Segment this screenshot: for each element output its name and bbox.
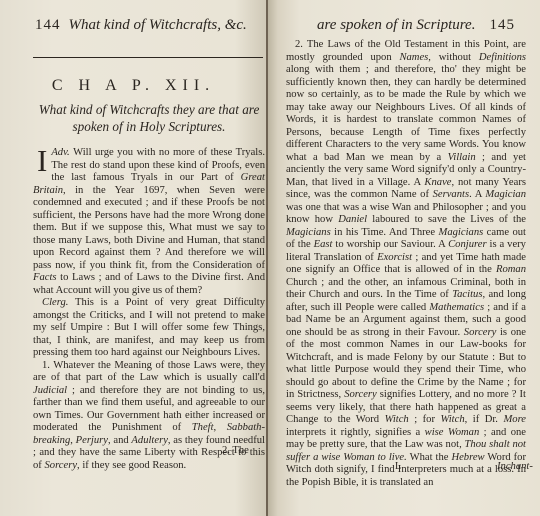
chapter-heading: C H A P. XII. — [0, 77, 267, 95]
left-page-body: Adv. IWill urge you with no more of thes… — [33, 147, 265, 472]
italic-text: Exorcist — [377, 252, 412, 263]
body-text: ; for — [409, 414, 441, 425]
italic-text: Sorcery — [44, 460, 77, 471]
body-text: interprets it rightly, signifies a — [286, 427, 425, 438]
right-page: are spoken of in Scripture.145 2. The La… — [267, 0, 540, 516]
italic-text: Knave — [424, 177, 451, 188]
italic-text: Adultery — [131, 435, 167, 446]
signature-mark: L — [395, 461, 401, 472]
body-text: to worship our Saviour. A — [332, 239, 448, 250]
page-number: 144 — [35, 17, 61, 33]
body-text: , and — [108, 435, 131, 446]
paragraph: 2. The Laws of the Old Testament in this… — [286, 39, 526, 489]
drop-cap: I — [37, 149, 47, 173]
italic-text: Villain — [448, 152, 476, 163]
italic-text: Servants — [433, 189, 469, 200]
italic-text: Judicial — [33, 385, 67, 396]
italic-text: Magicians — [439, 227, 484, 238]
italic-text: Magician — [485, 189, 526, 200]
italic-text: Definitions — [479, 52, 526, 63]
paragraph: Clerg. This is a Point of very great Dif… — [33, 297, 265, 360]
italic-text: Witch — [440, 414, 464, 425]
page-number: 145 — [489, 17, 515, 33]
body-text: along with them ; and therefore, tho' th… — [286, 64, 526, 163]
body-text: , — [214, 422, 227, 433]
italic-text: East — [314, 239, 333, 250]
left-page: 144What kind of Witchcrafts, &c. C H A P… — [0, 0, 267, 516]
italic-text: Sorcery — [344, 389, 377, 400]
paragraph: Adv. IWill urge you with no more of thes… — [33, 147, 265, 297]
right-running-head: are spoken of in Scripture.145 — [317, 17, 515, 34]
italic-text: Conjurer — [448, 239, 486, 250]
left-running-head: 144What kind of Witchcrafts, &c. — [35, 17, 247, 34]
body-text: 1. Whatever the Meaning of those Laws we… — [33, 360, 265, 384]
body-text: in his Time. And Three — [331, 227, 439, 238]
italic-text: Names — [399, 52, 428, 63]
body-text: , without — [428, 52, 479, 63]
italic-text: Facts — [33, 272, 57, 283]
body-text: , if Dr. — [465, 414, 504, 425]
body-text: to Laws ; and of Laws to the Divine firs… — [33, 272, 265, 296]
italic-text: More — [503, 414, 526, 425]
catchword: 2. The — [222, 445, 249, 456]
catchword: Inchant- — [497, 461, 533, 472]
book-gutter — [266, 0, 268, 516]
italic-text: Witch — [385, 414, 409, 425]
chapter-subtitle: What kind of Witchcrafts they are that a… — [33, 101, 265, 135]
italic-text: Tacitus — [452, 289, 482, 300]
italic-text: Daniel — [338, 214, 367, 225]
body-text: Will urge you with no more of these Trya… — [51, 147, 265, 183]
italic-text: Hebrew — [451, 452, 484, 463]
italic-text: Sorcery — [464, 327, 497, 338]
head-rule-divider — [33, 57, 263, 58]
speaker-label: Adv. — [51, 147, 73, 158]
right-page-body: 2. The Laws of the Old Testament in this… — [286, 39, 526, 489]
body-text: , if they see good Reason. — [77, 460, 186, 471]
body-text: laboured to save the Lives of the — [367, 214, 526, 225]
italic-text: Perjury — [76, 435, 108, 446]
body-text: . A — [469, 189, 485, 200]
italic-text: Mathematics — [429, 302, 484, 313]
italic-text: Theft — [192, 422, 214, 433]
body-text: What the — [407, 452, 452, 463]
italic-text: Roman — [496, 264, 526, 275]
running-head-title: What kind of Witchcrafts, &c. — [69, 17, 247, 33]
italic-text: wise Woman — [425, 427, 480, 438]
running-head-title: are spoken of in Scripture. — [317, 17, 475, 33]
book-spread: 144What kind of Witchcrafts, &c. C H A P… — [0, 0, 540, 516]
italic-text: Magicians — [286, 227, 331, 238]
speaker-label: Clerg. — [42, 297, 75, 308]
body-text: , in the Year 1697, when Seven were cond… — [33, 185, 265, 271]
